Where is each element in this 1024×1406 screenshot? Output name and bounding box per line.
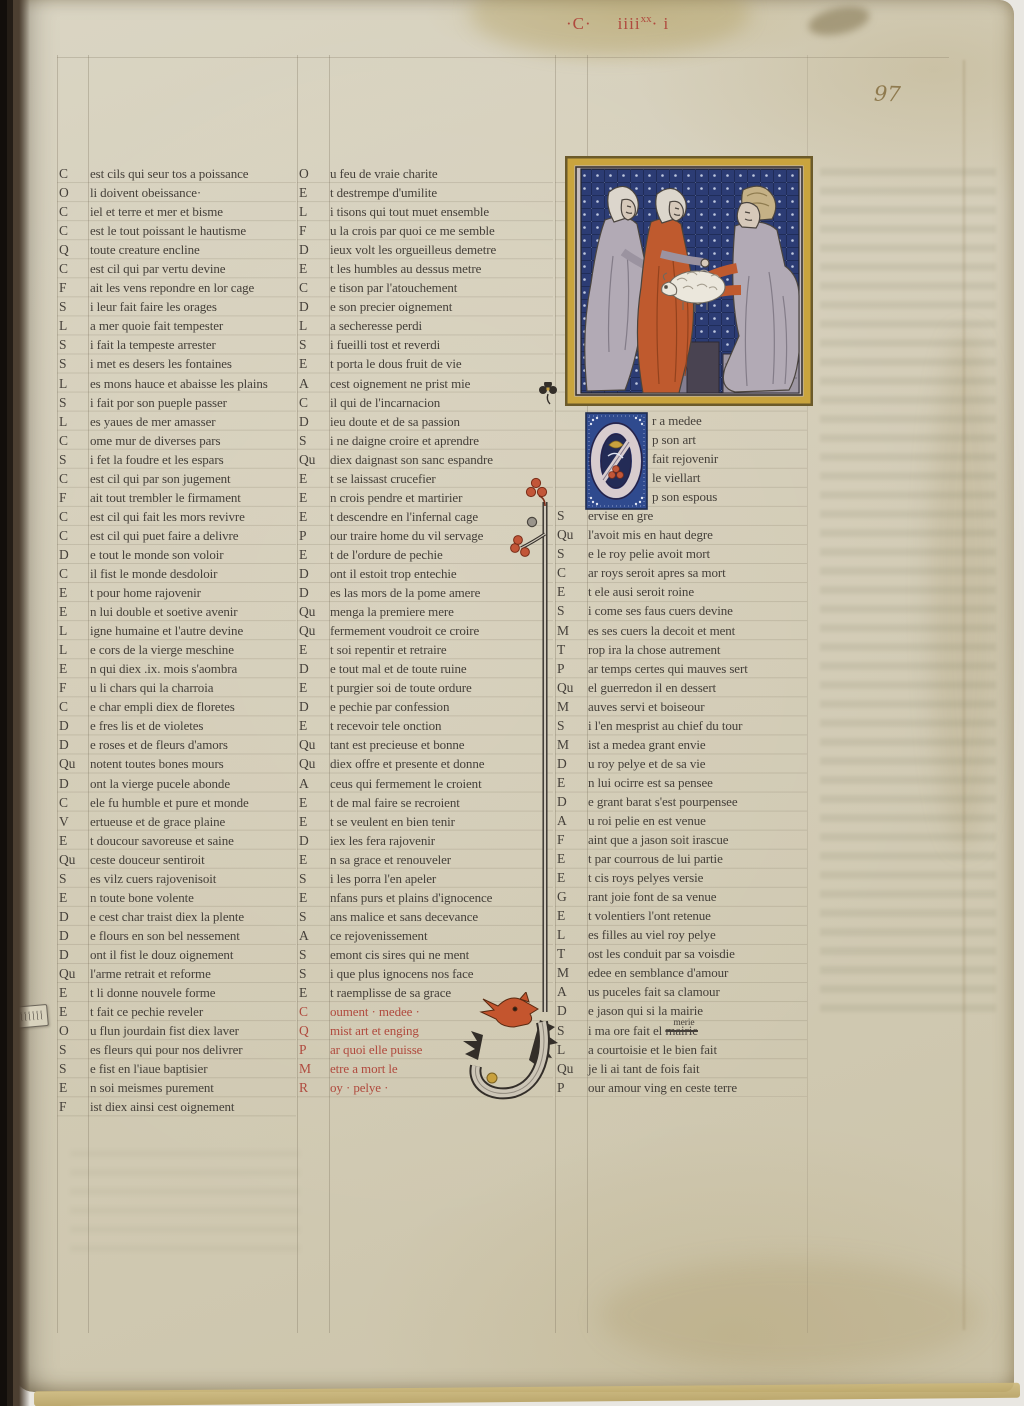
verse-line: Qunotent toutes bones mours bbox=[57, 754, 296, 773]
verse-text: t recevoir tele onction bbox=[330, 716, 441, 735]
verse-line: Mes ses cuers la decoit et ment bbox=[555, 621, 807, 640]
verse-text: e fres lis et de violetes bbox=[90, 716, 203, 735]
verse-text: l'avoit mis en haut degre bbox=[588, 525, 713, 544]
verse-text: es vilz cuers rajovenisoit bbox=[90, 869, 216, 888]
verse-initial: E bbox=[555, 868, 588, 887]
verse-initial: D bbox=[57, 945, 90, 964]
verse-text: i que plus ignocens nos face bbox=[330, 964, 473, 983]
verse-text: n sa grace et renouveler bbox=[330, 850, 451, 869]
verse-text: t se veulent en bien tenir bbox=[330, 812, 455, 831]
text-column-right: r a medeep son artfait rejovenirle viell… bbox=[555, 411, 807, 1097]
verse-line: Medee en semblance d'amour bbox=[555, 963, 807, 982]
verse-line: En lui ocirre est sa pensee bbox=[555, 773, 807, 792]
verse-text: p son art bbox=[652, 430, 696, 449]
verse-text: diex daignast son sanc espandre bbox=[330, 450, 493, 469]
verse-text: oy · pelye · bbox=[330, 1078, 388, 1097]
verse-initial: S bbox=[297, 335, 330, 354]
verse-line: Si ma ore fait el mairiemerie bbox=[555, 1021, 807, 1040]
verse-initial: F bbox=[57, 1097, 90, 1116]
verse-text: i fait la tempeste arrester bbox=[90, 335, 216, 354]
verse-line: Diex les fera rajovenir bbox=[297, 831, 553, 850]
verse-initial: F bbox=[57, 488, 90, 507]
verse-initial: Qu bbox=[57, 754, 90, 773]
verse-initial: M bbox=[297, 1059, 330, 1078]
verse-text: toute creature encline bbox=[90, 240, 200, 259]
verse-text: nfans purs et plains d'ignocence bbox=[330, 888, 492, 907]
verse-initial: D bbox=[297, 831, 330, 850]
verse-line: Les filles au viel roy pelye bbox=[555, 925, 807, 944]
verse-text: t porta le dous fruit de vie bbox=[330, 354, 462, 373]
verse-text: i l'en mesprist au chief du tour bbox=[588, 716, 742, 735]
verse-initial: E bbox=[297, 545, 330, 564]
verse-text: r a medee bbox=[652, 411, 702, 430]
verse-line: Et volentiers l'ont retenue bbox=[555, 906, 807, 925]
verse-initial: D bbox=[297, 583, 330, 602]
verse-text: t destrempe d'umilite bbox=[330, 183, 437, 202]
verse-line: Et soi repentir et retraire bbox=[297, 640, 553, 659]
verse-initial: C bbox=[57, 697, 90, 716]
verse-line: Dont il estoit trop entechie bbox=[297, 564, 553, 583]
verse-initial: D bbox=[297, 412, 330, 431]
verse-text: est cils qui seur tos a poissance bbox=[90, 164, 248, 183]
verse-initial: O bbox=[57, 183, 90, 202]
verse-text: i ne daigne croire et aprendre bbox=[330, 431, 479, 450]
verse-text: est cil qui puet faire a delivre bbox=[90, 526, 238, 545]
verse-initial: L bbox=[57, 412, 90, 431]
verse-text: mist art et enging bbox=[330, 1021, 419, 1040]
verse-line: Cil fist le monde desdoloir bbox=[57, 564, 296, 583]
ruling-line bbox=[57, 57, 949, 58]
verse-text: t purgier soi de toute ordure bbox=[330, 678, 472, 697]
verse-line: Fait tout trembler le firmament bbox=[57, 488, 296, 507]
verse-text: u flun jourdain fist diex laver bbox=[90, 1021, 239, 1040]
quire-signature-superscript: xx bbox=[641, 13, 652, 25]
verse-initial: E bbox=[297, 888, 330, 907]
verse-line: Cest cils qui seur tos a poissance bbox=[57, 164, 296, 183]
quire-signature-suffix: · i bbox=[652, 14, 670, 33]
verse-initial: M bbox=[555, 963, 588, 982]
verse-text: t soi repentir et retraire bbox=[330, 640, 447, 659]
verse-line: Cele fu humble et pure et monde bbox=[57, 793, 296, 812]
verse-initial: Qu bbox=[297, 735, 330, 754]
verse-text: e char empli diex de floretes bbox=[90, 697, 235, 716]
verse-initial: A bbox=[297, 774, 330, 793]
verse-line: Et porta le dous fruit de vie bbox=[297, 354, 553, 373]
verse-line: Et les humbles au dessus metre bbox=[297, 259, 553, 278]
verse-text: u li chars qui la charroia bbox=[90, 678, 213, 697]
verse-initial: Qu bbox=[57, 964, 90, 983]
verse-text: e grant barat s'est pourpensee bbox=[588, 792, 738, 811]
verse-line: Les mons hauce et abaisse les plains bbox=[57, 374, 296, 393]
verse-line: Ligne humaine et l'autre devine bbox=[57, 621, 296, 640]
verse-initial: S bbox=[57, 869, 90, 888]
verse-initial: D bbox=[57, 716, 90, 735]
verse-line: De roses et de fleurs d'amors bbox=[57, 735, 296, 754]
verse-initial: D bbox=[297, 297, 330, 316]
verse-line: Et se veulent en bien tenir bbox=[297, 812, 553, 831]
verse-line: Qutant est precieuse et bonne bbox=[297, 735, 553, 754]
verse-text: t de l'ordure de pechie bbox=[330, 545, 443, 564]
verse-initial: L bbox=[57, 640, 90, 659]
verse-line: Aceus qui fermement le croient bbox=[297, 774, 553, 793]
verse-initial: F bbox=[297, 221, 330, 240]
verse-text: est cil qui fait les mors revivre bbox=[90, 507, 245, 526]
verse-initial: L bbox=[57, 374, 90, 393]
verse-line: Quceste douceur sentiroit bbox=[57, 850, 296, 869]
verse-initial: C bbox=[57, 164, 90, 183]
verse-initial: G bbox=[555, 887, 588, 906]
verse-line: Quje li ai tant de fois fait bbox=[555, 1059, 807, 1078]
verse-initial: E bbox=[297, 488, 330, 507]
verse-line: Et doucour savoreuse et saine bbox=[57, 831, 296, 850]
verse-initial: E bbox=[297, 983, 330, 1002]
verse-line: Qul'arme retrait et reforme bbox=[57, 964, 296, 983]
verse-line: Cest cil qui par vertu devine bbox=[57, 259, 296, 278]
verse-line: Ses vilz cuers rajovenisoit bbox=[57, 869, 296, 888]
verse-line: Au roi pelie en est venue bbox=[555, 811, 807, 830]
verse-line: Dont la vierge pucele abonde bbox=[57, 774, 296, 793]
verse-initial: P bbox=[555, 1078, 588, 1097]
verse-text: e tout mal et de toute ruine bbox=[330, 659, 467, 678]
verse-initial: S bbox=[57, 297, 90, 316]
verse-initial: S bbox=[297, 945, 330, 964]
verse-initial: S bbox=[555, 601, 588, 620]
verse-text: p son espous bbox=[652, 487, 717, 506]
verse-line: En crois pendre et martirier bbox=[297, 488, 553, 507]
verse-line: Et se laissast crucefier bbox=[297, 469, 553, 488]
verse-line: Si fueilli tost et reverdi bbox=[297, 335, 553, 354]
verse-initial: C bbox=[57, 526, 90, 545]
verse-text: e pechie par confession bbox=[330, 697, 449, 716]
verse-initial: S bbox=[555, 1021, 588, 1040]
verse-text: n lui double et soetive avenir bbox=[90, 602, 238, 621]
verse-initial: E bbox=[57, 888, 90, 907]
verse-text: t li donne nouvele forme bbox=[90, 983, 215, 1002]
verse-initial: T bbox=[555, 640, 588, 659]
verse-text: ont la vierge pucele abonde bbox=[90, 774, 230, 793]
verse-line: r a medee bbox=[555, 411, 807, 430]
verse-text: aint que a jason soit irascue bbox=[588, 830, 728, 849]
verse-text: auves servi et boiseour bbox=[588, 697, 704, 716]
verse-line: Et par courrous de lui partie bbox=[555, 849, 807, 868]
verse-text: i fueilli tost et reverdi bbox=[330, 335, 440, 354]
verse-line: Quel guerredon il en dessert bbox=[555, 678, 807, 697]
verse-text: t les humbles au dessus metre bbox=[330, 259, 481, 278]
verse-text: t par courrous de lui partie bbox=[588, 849, 723, 868]
verse-line: De fres lis et de violetes bbox=[57, 716, 296, 735]
verse-initial: L bbox=[57, 316, 90, 335]
verse-initial: E bbox=[297, 183, 330, 202]
verse-line: De tout le monde son voloir bbox=[57, 545, 296, 564]
verse-initial: C bbox=[297, 1002, 330, 1021]
verse-text: e roses et de fleurs d'amors bbox=[90, 735, 228, 754]
verse-initial: Q bbox=[297, 1021, 330, 1040]
verse-initial: E bbox=[297, 259, 330, 278]
verse-text: i tisons qui tout muet ensemble bbox=[330, 202, 489, 221]
verse-text: ieu doute et de sa passion bbox=[330, 412, 460, 431]
verse-line: Des las mors de la pome amere bbox=[297, 583, 553, 602]
verse-line: Si fait la tempeste arrester bbox=[57, 335, 296, 354]
verse-line: La secheresse perdi bbox=[297, 316, 553, 335]
verse-text: es mons hauce et abaisse les plains bbox=[90, 374, 268, 393]
verse-line: De flours en son bel nessement bbox=[57, 926, 296, 945]
verse-text: ait les vens repondre en lor cage bbox=[90, 278, 254, 297]
book-binding-edge bbox=[0, 0, 30, 1406]
verse-text: ceste douceur sentiroit bbox=[90, 850, 205, 869]
verse-line: Du roy pelye et de sa vie bbox=[555, 754, 807, 773]
verse-text: ait tout trembler le firmament bbox=[90, 488, 241, 507]
verse-line: Ou feu de vraie charite bbox=[297, 164, 553, 183]
verse-text: cest oignement ne prist mie bbox=[330, 374, 470, 393]
verse-text: t doucour savoreuse et saine bbox=[90, 831, 234, 850]
verse-initial: E bbox=[57, 583, 90, 602]
verse-text: est cil qui par vertu devine bbox=[90, 259, 225, 278]
verse-line: Et descendre en l'infernal cage bbox=[297, 507, 553, 526]
verse-line: En sa grace et renouveler bbox=[297, 850, 553, 869]
verse-line: Si met es desers les fontaines bbox=[57, 354, 296, 373]
verse-text: our traire home du vil servage bbox=[330, 526, 483, 545]
verse-line: Se fist en l'iaue baptisier bbox=[57, 1059, 296, 1078]
verse-text: ervise en gre bbox=[588, 506, 653, 525]
verse-initial: P bbox=[297, 526, 330, 545]
verse-initial: V bbox=[57, 812, 90, 831]
verse-text: ome mur de diverses pars bbox=[90, 431, 220, 450]
verse-text: ar temps certes qui mauves sert bbox=[588, 659, 748, 678]
verse-initial: S bbox=[57, 450, 90, 469]
verse-initial: E bbox=[297, 469, 330, 488]
verse-text: n lui ocirre est sa pensee bbox=[588, 773, 713, 792]
verse-text: il qui de l'incarnacion bbox=[330, 393, 440, 412]
verse-initial: D bbox=[555, 754, 588, 773]
folio-number: 97 bbox=[874, 82, 902, 107]
verse-initial: D bbox=[57, 735, 90, 754]
verse-text: ans malice et sans decevance bbox=[330, 907, 478, 926]
verse-line: Ce tison par l'atouchement bbox=[297, 278, 553, 297]
verse-text: u la crois par quoi ce me semble bbox=[330, 221, 495, 240]
verse-initial: D bbox=[57, 774, 90, 793]
verse-text: t descendre en l'infernal cage bbox=[330, 507, 478, 526]
miniature-medea-and-daughters-of-pelias bbox=[565, 156, 813, 406]
verse-text: diex offre et presente et donne bbox=[330, 754, 484, 773]
verse-line: Acest oignement ne prist mie bbox=[297, 374, 553, 393]
verse-initial: Qu bbox=[297, 754, 330, 773]
parchment-stain bbox=[930, 330, 1000, 850]
verse-text: e cors de la vierge meschine bbox=[90, 640, 234, 659]
verse-initial: S bbox=[297, 431, 330, 450]
verse-line: En lui double et soetive avenir bbox=[57, 602, 296, 621]
verse-line: Le cors de la vierge meschine bbox=[57, 640, 296, 659]
verse-line: Qmist art et enging bbox=[297, 1021, 553, 1040]
verse-line: Par temps certes qui mauves sert bbox=[555, 659, 807, 678]
verse-line: Et raemplisse de sa grace bbox=[297, 983, 553, 1002]
verse-text: emont cis sires qui ne ment bbox=[330, 945, 469, 964]
verse-text: e fist en l'iaue baptisier bbox=[90, 1059, 207, 1078]
verse-text: le viellart bbox=[652, 468, 700, 487]
verse-line: Si fait por son pueple passer bbox=[57, 393, 296, 412]
verse-line: Aus puceles fait sa clamour bbox=[555, 982, 807, 1001]
verse-text: t ele ausi seroit roine bbox=[588, 582, 694, 601]
verse-initial: Qu bbox=[297, 602, 330, 621]
verse-line: Semont cis sires qui ne ment bbox=[297, 945, 553, 964]
verse-text: t volentiers l'ont retenue bbox=[588, 906, 711, 925]
verse-initial: C bbox=[555, 563, 588, 582]
verse-initial: E bbox=[297, 850, 330, 869]
verse-line: Come mur de diverses pars bbox=[57, 431, 296, 450]
verse-text: oument · medee · bbox=[330, 1002, 420, 1021]
text-column-middle: Ou feu de vraie chariteEt destrempe d'um… bbox=[297, 164, 553, 1097]
verse-initial: S bbox=[57, 393, 90, 412]
verse-initial: E bbox=[57, 659, 90, 678]
verse-line: Ace rejovenissement bbox=[297, 926, 553, 945]
verse-initial: E bbox=[555, 849, 588, 868]
manuscript-page-photo: ·C·iiiixx· i 97 bbox=[0, 0, 1024, 1406]
verse-text: iel et terre et mer et bisme bbox=[90, 202, 223, 221]
verse-line: Ciel et terre et mer et bisme bbox=[57, 202, 296, 221]
verse-text: ele fu humble et pure et monde bbox=[90, 793, 249, 812]
verse-initial: C bbox=[57, 431, 90, 450]
verse-line: Fist diex ainsi cest oignement bbox=[57, 1097, 296, 1116]
verse-line: Oli doivent obeissance· bbox=[57, 183, 296, 202]
verse-initial: P bbox=[555, 659, 588, 678]
verse-text: ceus qui fermement le croient bbox=[330, 774, 482, 793]
verse-initial: C bbox=[297, 393, 330, 412]
verse-line: Et ele ausi seroit roine bbox=[555, 582, 807, 601]
verse-line: Par quoi elle puisse bbox=[297, 1040, 553, 1059]
verse-text: es fleurs qui pour nos delivrer bbox=[90, 1040, 243, 1059]
verse-initial: S bbox=[57, 1040, 90, 1059]
verse-line: Trop ira la chose autrement bbox=[555, 640, 807, 659]
verse-text: je li ai tant de fois fait bbox=[588, 1059, 699, 1078]
text-column-left: Cest cils qui seur tos a poissanceOli do… bbox=[57, 164, 296, 1116]
verse-initial: C bbox=[297, 278, 330, 297]
verse-line: Et fait ce pechie reveler bbox=[57, 1002, 296, 1021]
verse-initial: E bbox=[297, 354, 330, 373]
verse-initial: F bbox=[57, 678, 90, 697]
verse-line: En qui diex .ix. mois s'aombra bbox=[57, 659, 296, 678]
verse-initial: Q bbox=[57, 240, 90, 259]
verse-line: Qudiex offre et presente et donne bbox=[297, 754, 553, 773]
verse-initial: O bbox=[57, 1021, 90, 1040]
verse-text: rop ira la chose autrement bbox=[588, 640, 720, 659]
verse-initial: E bbox=[297, 716, 330, 735]
verse-text: ar roys seroit apres sa mort bbox=[588, 563, 726, 582]
verse-initial: M bbox=[555, 697, 588, 716]
verse-line: De son precier oignement bbox=[297, 297, 553, 316]
verse-line: Fu la crois par quoi ce me semble bbox=[297, 221, 553, 240]
verse-initial: D bbox=[297, 564, 330, 583]
verse-line: Tost les conduit par sa voisdie bbox=[555, 944, 807, 963]
verse-line: Fu li chars qui la charroia bbox=[57, 678, 296, 697]
verse-text: a courtoisie et le bien fait bbox=[588, 1040, 717, 1059]
verse-line: Pour amour ving en ceste terre bbox=[555, 1078, 807, 1097]
verse-text: ont il fist le douz oignement bbox=[90, 945, 233, 964]
verse-text: our amour ving en ceste terre bbox=[588, 1078, 737, 1097]
verse-text: il fist le monde desdoloir bbox=[90, 564, 217, 583]
verse-initial: Qu bbox=[555, 678, 588, 697]
verse-initial: R bbox=[297, 1078, 330, 1097]
verse-text: e tout le monde son voloir bbox=[90, 545, 224, 564]
verse-initial: E bbox=[555, 906, 588, 925]
verse-line: Servise en gre bbox=[555, 506, 807, 525]
verse-initial: S bbox=[57, 1059, 90, 1078]
verse-text: i come ses faus cuers devine bbox=[588, 601, 733, 620]
verse-line: Mist a medea grant envie bbox=[555, 735, 807, 754]
verse-initial: O bbox=[297, 164, 330, 183]
verse-line: Metre a mort le bbox=[297, 1059, 553, 1078]
verse-text: n toute bone volente bbox=[90, 888, 194, 907]
verse-line: En toute bone volente bbox=[57, 888, 296, 907]
verse-text: ont il estoit trop entechie bbox=[330, 564, 457, 583]
verse-initial: D bbox=[297, 697, 330, 716]
quire-signature-roman: iiii bbox=[618, 14, 641, 33]
verse-text: notent toutes bones mours bbox=[90, 754, 224, 773]
verse-initial: Qu bbox=[297, 450, 330, 469]
verse-line: Vertueuse et de grace plaine bbox=[57, 812, 296, 831]
verse-text: es yaues de mer amasser bbox=[90, 412, 215, 431]
verse-text: fermement voudroit ce croire bbox=[330, 621, 479, 640]
verse-line: Ou flun jourdain fist diex laver bbox=[57, 1021, 296, 1040]
verse-line: Et recevoir tele onction bbox=[297, 716, 553, 735]
verse-line: Ce char empli diex de floretes bbox=[57, 697, 296, 716]
verse-line: le viellart bbox=[555, 468, 807, 487]
verse-initial: L bbox=[297, 202, 330, 221]
verse-line: Dieux volt les orgueilleus demetre bbox=[297, 240, 553, 259]
verse-initial: E bbox=[555, 773, 588, 792]
verse-initial: C bbox=[57, 259, 90, 278]
verse-line: p son art bbox=[555, 430, 807, 449]
verse-initial: P bbox=[297, 1040, 330, 1059]
verse-initial: C bbox=[57, 221, 90, 240]
verse-initial: S bbox=[555, 716, 588, 735]
verse-text: us puceles fait sa clamour bbox=[588, 982, 720, 1001]
verse-text: edee en semblance d'amour bbox=[588, 963, 728, 982]
verse-line: Si fet la foudre et les espars bbox=[57, 450, 296, 469]
verse-text: a mer quoie fait tempester bbox=[90, 316, 223, 335]
quire-signature: ·C·iiiixx· i bbox=[566, 14, 669, 34]
verse-initial: S bbox=[297, 907, 330, 926]
verse-line: Si que plus ignocens nos face bbox=[297, 964, 553, 983]
verse-line: La courtoisie et le bien fait bbox=[555, 1040, 807, 1059]
verse-text: ertueuse et de grace plaine bbox=[90, 812, 225, 831]
verse-line: De tout mal et de toute ruine bbox=[297, 659, 553, 678]
verse-initial: E bbox=[57, 1002, 90, 1021]
verse-initial: L bbox=[57, 621, 90, 640]
verse-initial: A bbox=[555, 811, 588, 830]
verse-initial: L bbox=[555, 925, 588, 944]
quire-signature-prefix: ·C· bbox=[566, 14, 592, 33]
verse-line: La mer quoie fait tempester bbox=[57, 316, 296, 335]
verse-initial: M bbox=[555, 735, 588, 754]
verse-line: De pechie par confession bbox=[297, 697, 553, 716]
verse-initial: S bbox=[57, 335, 90, 354]
verse-text: etre a mort le bbox=[330, 1059, 398, 1078]
verse-initial: D bbox=[57, 545, 90, 564]
verse-text: i leur fait faire les orages bbox=[90, 297, 217, 316]
verse-line: Enfans purs et plains d'ignocence bbox=[297, 888, 553, 907]
verse-line: Qtoute creature encline bbox=[57, 240, 296, 259]
verse-text: l'arme retrait et reforme bbox=[90, 964, 211, 983]
verse-initial: D bbox=[297, 659, 330, 678]
verse-initial: E bbox=[555, 582, 588, 601]
verse-text: iex les fera rajovenir bbox=[330, 831, 435, 850]
verse-initial: D bbox=[555, 1001, 588, 1020]
verse-line: Roy · pelye · bbox=[297, 1078, 553, 1097]
verse-initial: S bbox=[555, 506, 588, 525]
verse-initial: D bbox=[57, 926, 90, 945]
verse-line: Cest cil qui puet faire a delivre bbox=[57, 526, 296, 545]
verse-initial: Qu bbox=[555, 525, 588, 544]
verse-line: De cest char traist diex la plente bbox=[57, 907, 296, 926]
